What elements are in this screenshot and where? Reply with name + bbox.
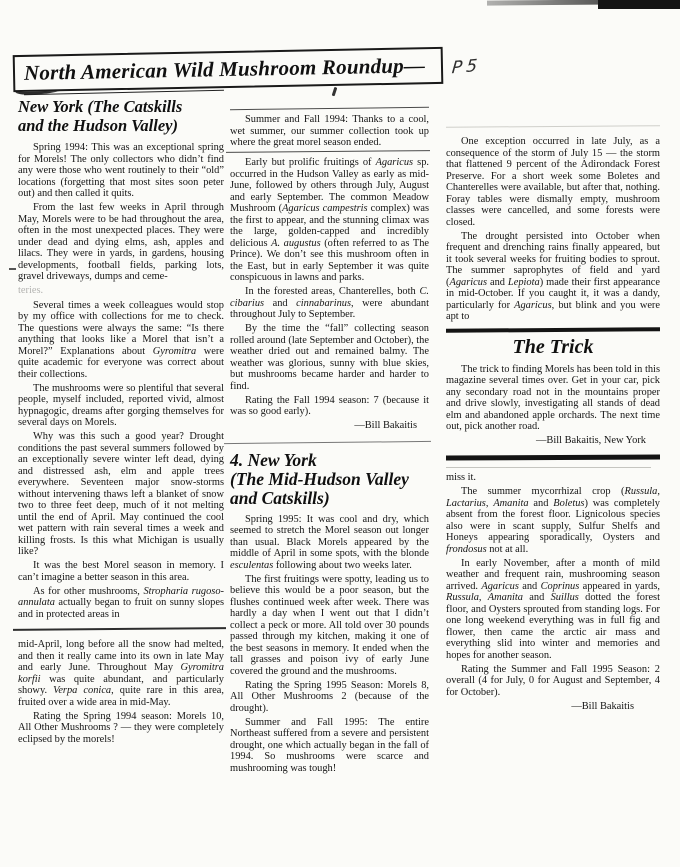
paragraph: From the last few weeks in April through… <box>18 202 224 283</box>
paragraph: One exception occurred in late July, as … <box>446 136 660 228</box>
paragraph: Spring 1995: It was cool and dry, which … <box>230 514 429 572</box>
column3-faint-rule-2 <box>446 467 651 468</box>
paragraph: The first fruitings were spotty, leading… <box>230 574 429 678</box>
paragraph: Several times a week colleagues would st… <box>18 300 224 381</box>
byline-signature: —Bill Bakaitis <box>446 701 660 713</box>
paragraph: Early but prolific fruitings of Agaricus… <box>230 157 429 284</box>
column-middle: Summer and Fall 1994: Thanks to a cool, … <box>230 108 429 777</box>
paragraph: The summer mycorrhizal crop (Russula, La… <box>446 486 660 555</box>
paragraph: In the forested areas, Chanterelles, bot… <box>230 286 429 321</box>
section4-divider-rule <box>224 440 431 443</box>
paragraph: As for other mushrooms, Stropharia rugos… <box>18 586 224 621</box>
column3-faint-rule <box>446 125 660 127</box>
column-right: One exception occurred in late July, as … <box>446 126 660 715</box>
byline-signature: —Bill Bakaitis, New York <box>446 435 660 447</box>
scan-stray-mark <box>9 268 16 270</box>
rating-paragraph: Rating the Summer and Fall 1995 Season: … <box>446 664 660 699</box>
column1-divider-rule <box>13 627 226 631</box>
scan-tick-mark <box>332 87 337 96</box>
rating-paragraph: Rating the Spring 1994 season: Morels 10… <box>18 711 224 746</box>
paragraph: It was the best Morel season in memory. … <box>18 560 224 583</box>
paragraph: Why was this such a good year? Drought c… <box>18 431 224 558</box>
paragraph: The mushrooms were so plentiful that sev… <box>18 383 224 429</box>
section-heading-mid-hudson: 4. New York (The Mid-Hudson Valley and C… <box>230 451 429 508</box>
paragraph: In early November, after a month of mild… <box>446 558 660 662</box>
paragraph: Summer and Fall 1995: The entire Northea… <box>230 717 429 775</box>
paragraph: The drought persisted into October when … <box>446 231 660 323</box>
column2-top-rule <box>230 107 429 110</box>
paragraph: By the time the “fall” collecting season… <box>230 323 429 392</box>
byline-signature: —Bill Bakaitis <box>230 420 429 432</box>
continuation-paragraph: mid-April, long before all the snow had … <box>18 639 224 708</box>
rating-paragraph: Rating the Spring 1995 Season: Morels 8,… <box>230 680 429 715</box>
continuation-paragraph: miss it. <box>446 472 660 484</box>
column-catskills: New York (The Catskills and the Hudson V… <box>18 92 224 748</box>
masthead-box: North American Wild Mushroom Roundup— <box>13 47 444 92</box>
trick-bottom-rule <box>446 454 660 460</box>
trick-top-rule <box>446 327 660 332</box>
section-heading-catskills: New York (The Catskills and the Hudson V… <box>18 97 224 135</box>
paragraph: Spring 1994: This was an exceptional spr… <box>18 142 224 200</box>
rating-paragraph: Rating the Fall 1994 season: 7 (because … <box>230 395 429 418</box>
handwritten-page-number: P5 <box>451 56 482 78</box>
paragraph: Summer and Fall 1994: Thanks to a cool, … <box>230 114 429 149</box>
masthead-title: North American Wild Mushroom Roundup— <box>24 53 425 86</box>
paragraph: The trick to finding Morels has been tol… <box>446 364 660 433</box>
scan-smudge-corner <box>598 0 680 9</box>
scanned-newsletter-page: North American Wild Mushroom Roundup— P5… <box>0 0 680 867</box>
section-heading-the-trick: The Trick <box>446 335 660 359</box>
column2-sub-rule <box>226 150 430 153</box>
faded-word: teries. <box>18 285 224 297</box>
